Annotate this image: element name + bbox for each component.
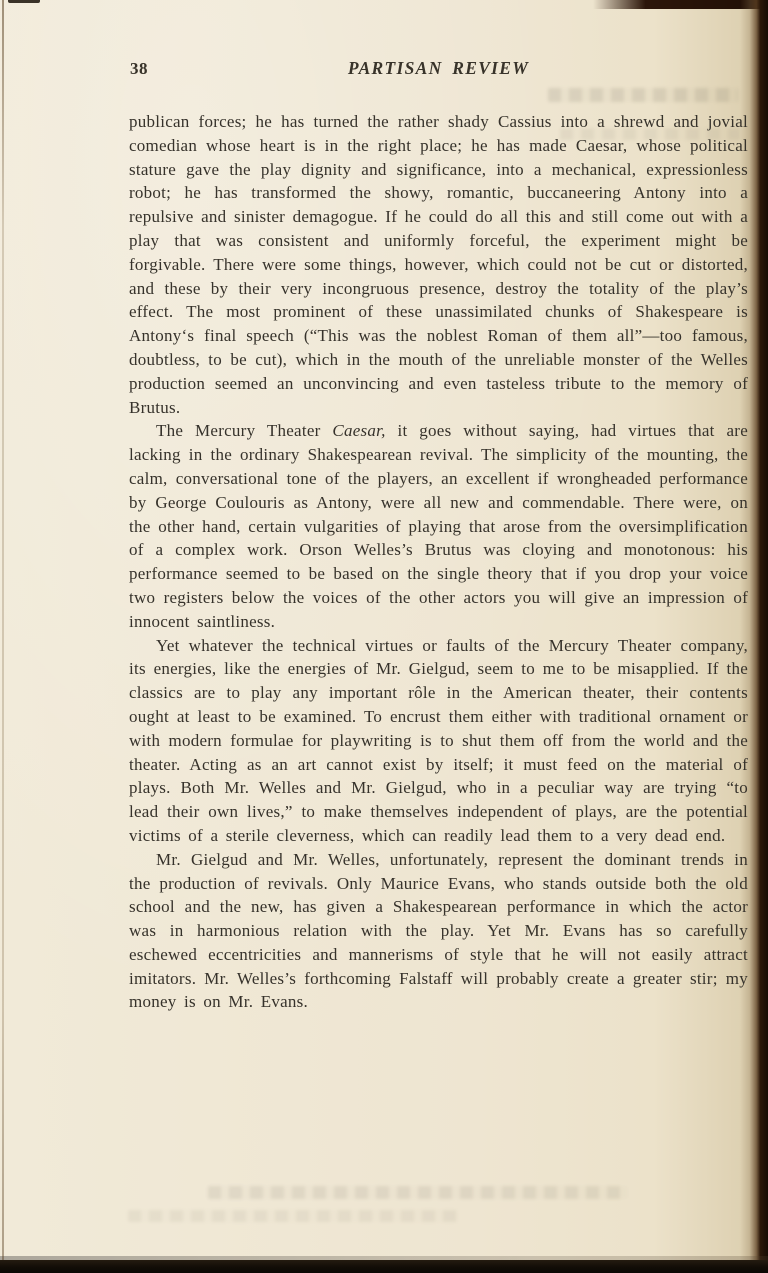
paragraph: The Mercury Theater Caesar, it goes with… [129, 419, 748, 633]
text-run: Mr. Gielgud and Mr. Welles, unfortunatel… [129, 850, 748, 1012]
text-run: Yet whatever the technical virtues or fa… [129, 636, 748, 845]
text-run: publican forces; he has turned the rathe… [129, 112, 748, 417]
showthrough-ghost [128, 1210, 458, 1222]
text-run: it goes without saying, had virtues that… [129, 421, 748, 630]
paragraph: publican forces; he has turned the rathe… [129, 110, 748, 419]
body-text: publican forces; he has turned the rathe… [129, 110, 748, 1014]
italic-text-run: Caesar, [332, 421, 385, 440]
paragraph: Yet whatever the technical virtues or fa… [129, 634, 748, 848]
running-head: 38 PARTISAN REVIEW [129, 58, 748, 82]
showthrough-ghost [208, 1186, 628, 1199]
showthrough-ghost [548, 88, 738, 102]
page-number: 38 [130, 59, 148, 79]
scanned-page: 38 PARTISAN REVIEW publican forces; he h… [0, 0, 768, 1273]
journal-title: PARTISAN REVIEW [129, 58, 748, 79]
paragraph: Mr. Gielgud and Mr. Welles, unfortunatel… [129, 848, 748, 1015]
scan-edge-left [2, 0, 4, 1260]
text-run: The Mercury Theater [156, 421, 332, 440]
scan-edge-top-left [8, 0, 40, 3]
scan-edge-bottom [0, 1260, 768, 1273]
